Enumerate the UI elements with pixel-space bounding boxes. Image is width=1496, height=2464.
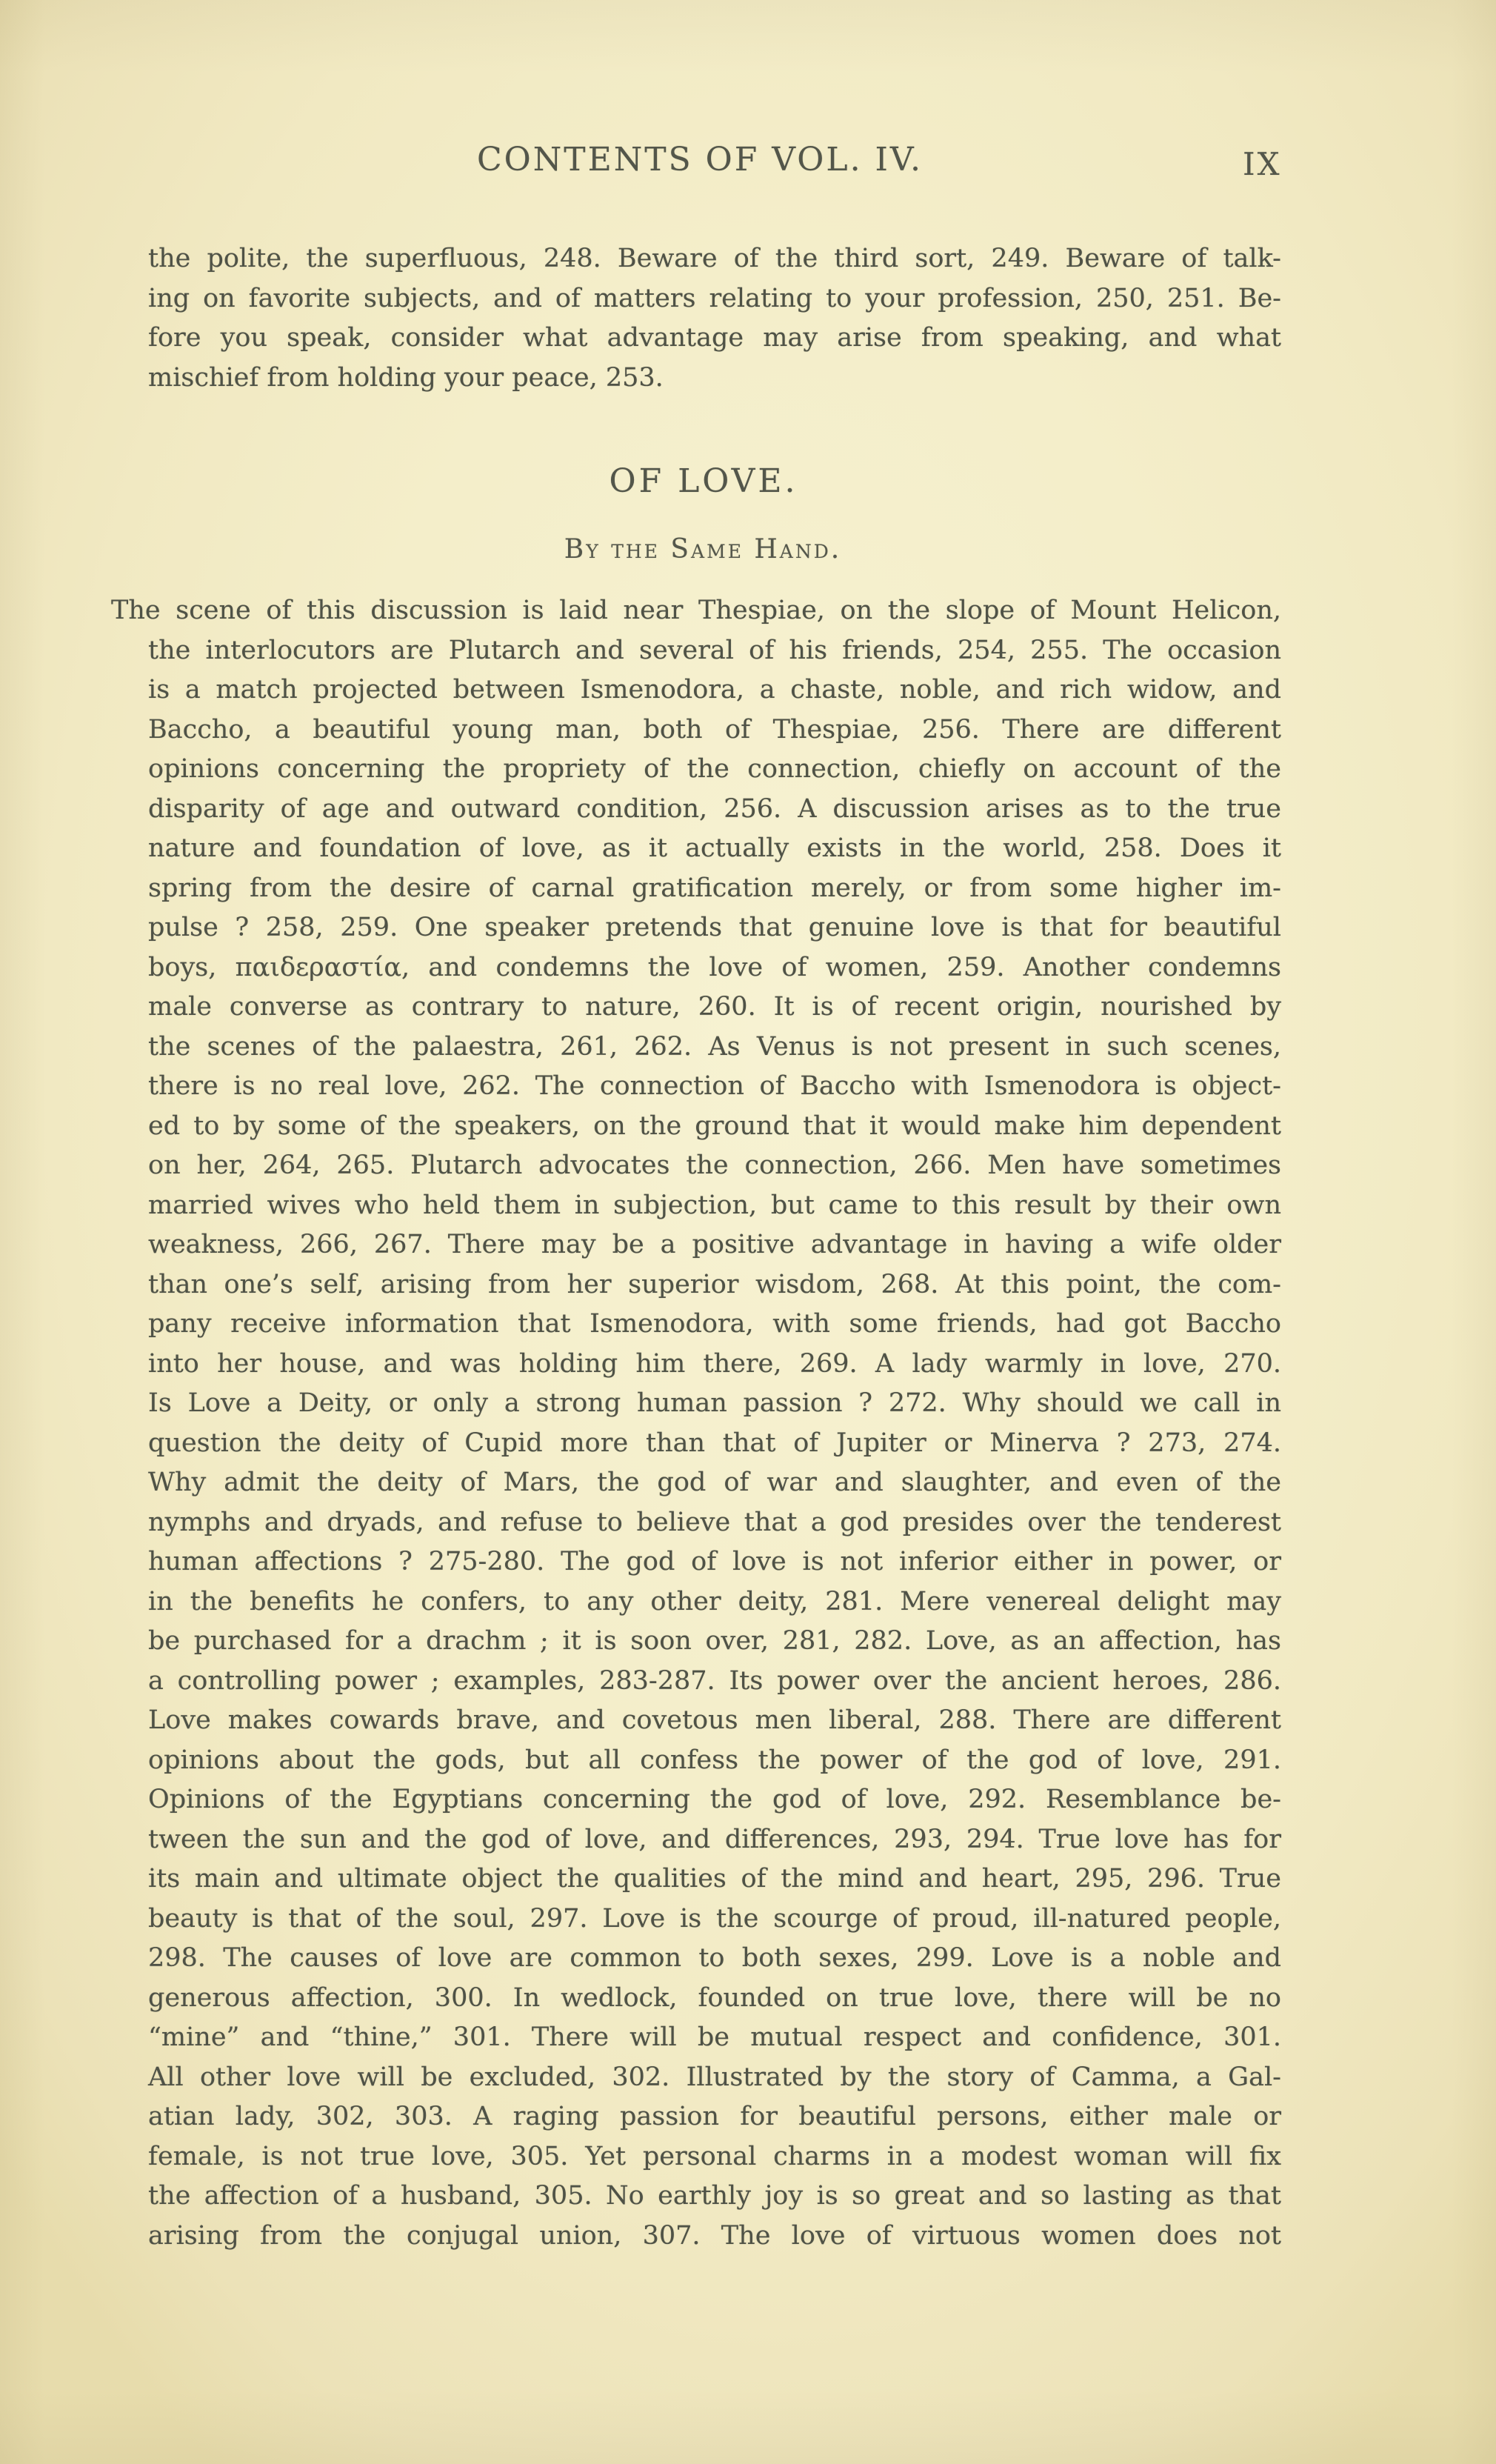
text-line: a controlling power ; examples, 283-287.… xyxy=(148,1662,1281,1702)
text-line: the affection of a husband, 305. No eart… xyxy=(148,2177,1281,2217)
text-line: fore you speak, consider what advantage … xyxy=(148,319,1281,359)
text-line: Love makes cowards brave, and covetous m… xyxy=(148,1701,1281,1741)
text-line: pany receive information that Ismenodora… xyxy=(148,1305,1281,1345)
section-byline: By the Same Hand. xyxy=(564,535,841,565)
text-line: than one’s self, arising from her superi… xyxy=(148,1265,1281,1305)
text-line: human affections ? 275-280. The god of l… xyxy=(148,1542,1281,1582)
text-line: Opinions of the Egyptians concerning the… xyxy=(148,1780,1281,1820)
text-line: weakness, 266, 267. There may be a posit… xyxy=(148,1225,1281,1265)
text-line: question the deity of Cupid more than th… xyxy=(148,1424,1281,1464)
running-header-title: CONTENTS OF VOL. IV. xyxy=(477,143,923,177)
text-line: male converse as contrary to nature, 260… xyxy=(148,988,1281,1028)
text-line: Why admit the deity of Mars, the god of … xyxy=(148,1463,1281,1503)
text-line: female, is not true love, 305. Yet perso… xyxy=(148,2137,1281,2177)
text-line: atian lady, 302, 303. A raging passion f… xyxy=(148,2097,1281,2137)
text-line: tween the sun and the god of love, and d… xyxy=(148,1820,1281,1860)
text-line: disparity of age and outward condition, … xyxy=(148,790,1281,830)
text-line: the scenes of the palaestra, 261, 262. A… xyxy=(148,1028,1281,1068)
text-line: All other love will be excluded, 302. Il… xyxy=(148,2058,1281,2098)
text-line: there is no real love, 262. The connecti… xyxy=(148,1067,1281,1107)
text-line: nature and foundation of love, as it act… xyxy=(148,829,1281,869)
text-line: opinions about the gods, but all confess… xyxy=(148,1741,1281,1781)
book-page-scan: CONTENTS OF VOL. IV. IX the polite, the … xyxy=(0,0,1496,2464)
entry-paragraph: The scene of this discussion is laid nea… xyxy=(111,591,1281,2256)
text-line: generous affection, 300. In wedlock, fou… xyxy=(148,1979,1281,2019)
text-line: in the benefits he confers, to any other… xyxy=(148,1582,1281,1622)
text-line: nymphs and dryads, and refuse to believe… xyxy=(148,1503,1281,1543)
text-line: opinions concerning the propriety of the… xyxy=(148,750,1281,790)
text-line: on her, 264, 265. Plutarch advocates the… xyxy=(148,1146,1281,1186)
text-line: The scene of this discussion is laid nea… xyxy=(111,591,1281,631)
text-line: married wives who held them in subjectio… xyxy=(148,1186,1281,1226)
text-line: Is Love a Deity, or only a strong human … xyxy=(148,1384,1281,1424)
text-line: the polite, the superfluous, 248. Beware… xyxy=(148,239,1281,279)
text-line: the interlocutors are Plutarch and sever… xyxy=(148,631,1281,671)
text-line: 298. The causes of love are common to bo… xyxy=(148,1939,1281,1979)
text-line: mischief from holding your peace, 253. xyxy=(148,359,1281,399)
text-line: beauty is that of the soul, 297. Love is… xyxy=(148,1899,1281,1939)
text-line: spring from the desire of carnal gratifi… xyxy=(148,869,1281,909)
text-line: pulse ? 258, 259. One speaker pretends t… xyxy=(148,908,1281,948)
text-line: boys, παιδεραστία, and condemns the love… xyxy=(148,948,1281,988)
text-line: ed to by some of the speakers, on the gr… xyxy=(148,1107,1281,1147)
text-line: its main and ultimate object the qualiti… xyxy=(148,1859,1281,1899)
text-line: arising from the conjugal union, 307. Th… xyxy=(148,2217,1281,2257)
continuation-paragraph: the polite, the superfluous, 248. Beware… xyxy=(148,239,1281,398)
text-line: into her house, and was holding him ther… xyxy=(148,1345,1281,1385)
text-line: is a match projected between Ismenodora,… xyxy=(148,670,1281,710)
section-heading: OF LOVE. xyxy=(610,464,798,499)
page-number: IX xyxy=(1243,148,1282,181)
text-line: “mine” and “thine,” 301. There will be m… xyxy=(148,2018,1281,2058)
text-line: Baccho, a beautiful young man, both of T… xyxy=(148,710,1281,750)
text-line: ing on favorite subjects, and of matters… xyxy=(148,279,1281,319)
text-line: be purchased for a drachm ; it is soon o… xyxy=(148,1622,1281,1662)
